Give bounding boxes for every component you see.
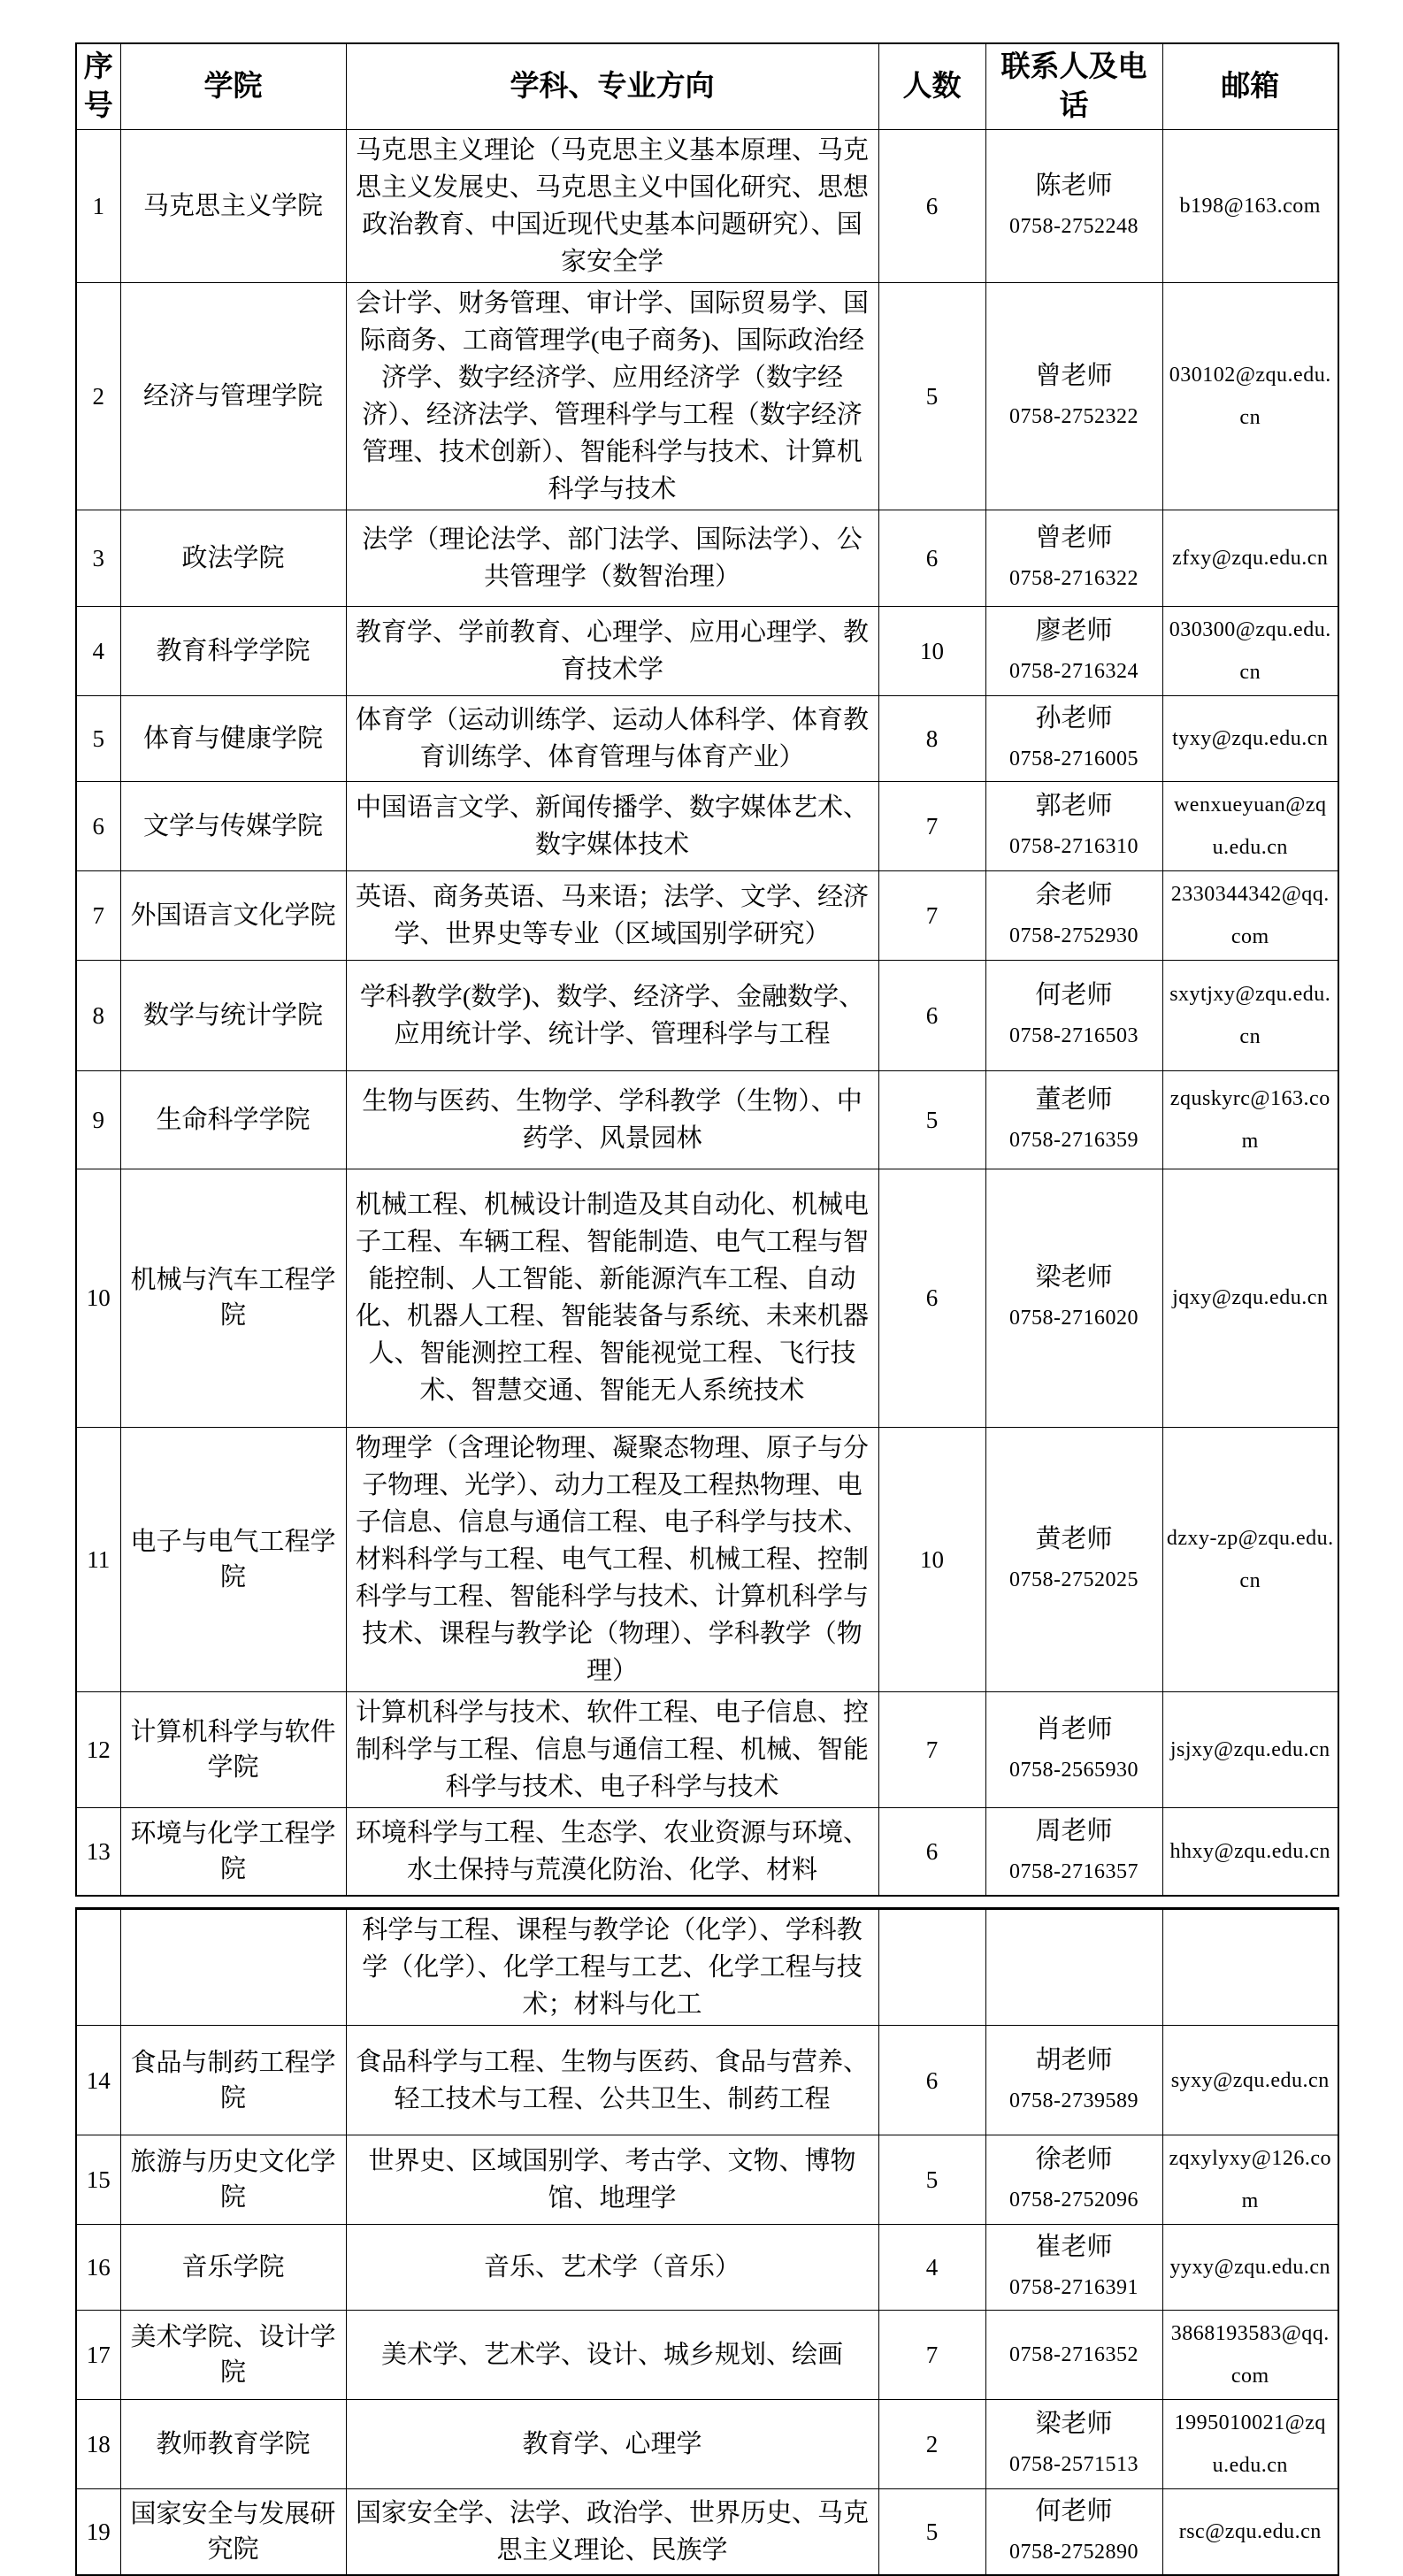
contact-name: 曾老师 bbox=[990, 517, 1159, 558]
cell-count: 6 bbox=[878, 2026, 985, 2135]
table-row: 12 计算机科学与软件学院 计算机科学与技术、软件工程、电子信息、控制科学与工程… bbox=[76, 1691, 1338, 1807]
cell-contact: 陈老师 0758-2752248 bbox=[985, 129, 1162, 282]
cell-no: 5 bbox=[76, 695, 120, 781]
cell-college: 食品与制药工程学院 bbox=[120, 2026, 346, 2135]
table-row: 6 文学与传媒学院 中国语言文学、新闻传播学、数字媒体艺术、数字媒体技术 7 郭… bbox=[76, 781, 1338, 870]
cell-email: yyxy@zqu.edu.cn bbox=[1162, 2225, 1338, 2311]
cell-no: 10 bbox=[76, 1169, 120, 1427]
table-row: 7 外国语言文化学院 英语、商务英语、马来语；法学、文学、经济学、世界史等专业（… bbox=[76, 870, 1338, 960]
table-row: 9 生命科学学院 生物与医药、生物学、学科教学（生物）、中药学、风景园林 5 董… bbox=[76, 1070, 1338, 1169]
contact-name: 黄老师 bbox=[990, 1519, 1159, 1560]
cell-count: 6 bbox=[878, 510, 985, 606]
cell-email: syxy@zqu.edu.cn bbox=[1162, 2026, 1338, 2135]
cell-email: 1995010021@zqu.edu.cn bbox=[1162, 2400, 1338, 2489]
cell-contact: 徐老师 0758-2752096 bbox=[985, 2135, 1162, 2225]
contact-phone: 0758-2716391 bbox=[990, 2267, 1159, 2308]
contact-name: 何老师 bbox=[990, 975, 1159, 1016]
cell-email: hhxy@zqu.edu.cn bbox=[1162, 1807, 1338, 1896]
cell-majors: 国家安全学、法学、政治学、世界历史、马克思主义理论、民族学 bbox=[346, 2489, 878, 2576]
cell-email: b198@163.com bbox=[1162, 129, 1338, 282]
cell-contact: 周老师 0758-2716357 bbox=[985, 1807, 1162, 1896]
contact-name: 廖老师 bbox=[990, 610, 1159, 651]
cell-count: 7 bbox=[878, 1691, 985, 1807]
cell-college: 教师教育学院 bbox=[120, 2400, 346, 2489]
cell-no bbox=[76, 1909, 120, 2026]
cell-email: rsc@zqu.edu.cn bbox=[1162, 2489, 1338, 2576]
table-row: 13 环境与化学工程学院 环境科学与工程、生态学、农业资源与环境、水土保持与荒漠… bbox=[76, 1807, 1338, 1896]
cell-college: 生命科学学院 bbox=[120, 1070, 346, 1169]
cell-email: tyxy@zqu.edu.cn bbox=[1162, 695, 1338, 781]
header-contact: 联系人及电话 bbox=[985, 43, 1162, 129]
cell-no: 6 bbox=[76, 781, 120, 870]
contact-name: 郭老师 bbox=[990, 786, 1159, 826]
cell-count: 2 bbox=[878, 2400, 985, 2489]
cell-contact: 黄老师 0758-2752025 bbox=[985, 1427, 1162, 1691]
cell-no: 4 bbox=[76, 606, 120, 695]
cell-no: 2 bbox=[76, 282, 120, 510]
contact-phone: 0758-2571513 bbox=[990, 2444, 1159, 2485]
cell-email: zqxylyxy@126.com bbox=[1162, 2135, 1338, 2225]
cell-email: wenxueyuan@zqu.edu.cn bbox=[1162, 781, 1338, 870]
cell-email: jqxy@zqu.edu.cn bbox=[1162, 1169, 1338, 1427]
contact-name: 梁老师 bbox=[990, 1257, 1159, 1298]
cell-contact: 梁老师 0758-2716020 bbox=[985, 1169, 1162, 1427]
cell-count bbox=[878, 1909, 985, 2026]
cell-majors: 食品科学与工程、生物与医药、食品与营养、轻工技术与工程、公共卫生、制药工程 bbox=[346, 2026, 878, 2135]
cell-contact bbox=[985, 1909, 1162, 2026]
contact-phone: 0758-2565930 bbox=[990, 1750, 1159, 1790]
contact-phone: 0758-2716503 bbox=[990, 1016, 1159, 1056]
cell-no: 13 bbox=[76, 1807, 120, 1896]
cell-college: 国家安全与发展研究院 bbox=[120, 2489, 346, 2576]
contact-phone: 0758-2716020 bbox=[990, 1298, 1159, 1338]
cell-count: 7 bbox=[878, 781, 985, 870]
header-majors: 学科、专业方向 bbox=[346, 43, 878, 129]
cell-contact: 余老师 0758-2752930 bbox=[985, 870, 1162, 960]
cell-college: 机械与汽车工程学院 bbox=[120, 1169, 346, 1427]
table-row: 11 电子与电气工程学院 物理学（含理论物理、凝聚态物理、原子与分子物理、光学）… bbox=[76, 1427, 1338, 1691]
cell-college bbox=[120, 1909, 346, 2026]
cell-majors: 生物与医药、生物学、学科教学（生物）、中药学、风景园林 bbox=[346, 1070, 878, 1169]
table-row: 14 食品与制药工程学院 食品科学与工程、生物与医药、食品与营养、轻工技术与工程… bbox=[76, 2026, 1338, 2135]
cell-count: 5 bbox=[878, 1070, 985, 1169]
header-email: 邮箱 bbox=[1162, 43, 1338, 129]
cell-contact: 孙老师 0758-2716005 bbox=[985, 695, 1162, 781]
cell-email: jsjxy@zqu.edu.cn bbox=[1162, 1691, 1338, 1807]
contact-phone: 0758-2716005 bbox=[990, 739, 1159, 779]
cell-no: 12 bbox=[76, 1691, 120, 1807]
cell-majors: 世界史、区域国别学、考古学、文物、博物馆、地理学 bbox=[346, 2135, 878, 2225]
contact-phone: 0758-2752930 bbox=[990, 916, 1159, 956]
contact-phone: 0758-2716324 bbox=[990, 651, 1159, 692]
cell-majors: 教育学、学前教育、心理学、应用心理学、教育技术学 bbox=[346, 606, 878, 695]
cell-contact: 梁老师 0758-2571513 bbox=[985, 2400, 1162, 2489]
cell-majors: 法学（理论法学、部门法学、国际法学）、公共管理学（数智治理） bbox=[346, 510, 878, 606]
contact-phone: 0758-2716352 bbox=[990, 2334, 1159, 2375]
contact-phone: 0758-2716357 bbox=[990, 1851, 1159, 1892]
recruitment-table-part-1: 序号 学院 学科、专业方向 人数 联系人及电话 邮箱 1 马克思主义学院 马克思… bbox=[75, 42, 1339, 1897]
contact-phone: 0758-2716310 bbox=[990, 826, 1159, 867]
contact-phone: 0758-2752096 bbox=[990, 2180, 1159, 2220]
contact-phone: 0758-2752322 bbox=[990, 396, 1159, 437]
header-row: 序号 学院 学科、专业方向 人数 联系人及电话 邮箱 bbox=[76, 43, 1338, 129]
table-row: 17 美术学院、设计学院 美术学、艺术学、设计、城乡规划、绘画 7 0758-2… bbox=[76, 2311, 1338, 2400]
cell-college: 体育与健康学院 bbox=[120, 695, 346, 781]
cell-count: 8 bbox=[878, 695, 985, 781]
cell-college: 音乐学院 bbox=[120, 2225, 346, 2311]
header-college: 学院 bbox=[120, 43, 346, 129]
cell-majors: 科学与工程、课程与教学论（化学）、学科教学（化学）、化学工程与工艺、化学工程与技… bbox=[346, 1909, 878, 2026]
table-row: 8 数学与统计学院 学科教学(数学)、数学、经济学、金融数学、应用统计学、统计学… bbox=[76, 960, 1338, 1070]
cell-no: 11 bbox=[76, 1427, 120, 1691]
contact-phone: 0758-2752025 bbox=[990, 1560, 1159, 1600]
cell-email: zfxy@zqu.edu.cn bbox=[1162, 510, 1338, 606]
cell-majors: 环境科学与工程、生态学、农业资源与环境、水土保持与荒漠化防治、化学、材料 bbox=[346, 1807, 878, 1896]
cell-no: 15 bbox=[76, 2135, 120, 2225]
table-row: 10 机械与汽车工程学院 机械工程、机械设计制造及其自动化、机械电子工程、车辆工… bbox=[76, 1169, 1338, 1427]
cell-count: 6 bbox=[878, 960, 985, 1070]
recruitment-table-part-2: 科学与工程、课程与教学论（化学）、学科教学（化学）、化学工程与工艺、化学工程与技… bbox=[75, 1907, 1339, 2576]
cell-college: 外国语言文化学院 bbox=[120, 870, 346, 960]
cell-count: 5 bbox=[878, 282, 985, 510]
cell-no: 8 bbox=[76, 960, 120, 1070]
cell-email: zquskyrc@163.com bbox=[1162, 1070, 1338, 1169]
cell-email: 030300@zqu.edu.cn bbox=[1162, 606, 1338, 695]
table-row: 19 国家安全与发展研究院 国家安全学、法学、政治学、世界历史、马克思主义理论、… bbox=[76, 2489, 1338, 2576]
document-page: 序号 学院 学科、专业方向 人数 联系人及电话 邮箱 1 马克思主义学院 马克思… bbox=[75, 42, 1338, 2576]
contact-phone: 0758-2716322 bbox=[990, 558, 1159, 599]
cell-contact: 崔老师 0758-2716391 bbox=[985, 2225, 1162, 2311]
contact-phone: 0758-2716359 bbox=[990, 1120, 1159, 1161]
table-row: 16 音乐学院 音乐、艺术学（音乐） 4 崔老师 0758-2716391 yy… bbox=[76, 2225, 1338, 2311]
cell-contact: 何老师 0758-2752890 bbox=[985, 2489, 1162, 2576]
cell-count: 7 bbox=[878, 870, 985, 960]
cell-majors: 美术学、艺术学、设计、城乡规划、绘画 bbox=[346, 2311, 878, 2400]
cell-majors: 中国语言文学、新闻传播学、数字媒体艺术、数字媒体技术 bbox=[346, 781, 878, 870]
cell-contact: 曾老师 0758-2716322 bbox=[985, 510, 1162, 606]
cell-count: 10 bbox=[878, 606, 985, 695]
contact-phone: 0758-2752248 bbox=[990, 206, 1159, 247]
contact-name: 胡老师 bbox=[990, 2040, 1159, 2081]
cell-college: 旅游与历史文化学院 bbox=[120, 2135, 346, 2225]
cell-college: 马克思主义学院 bbox=[120, 129, 346, 282]
cell-no: 18 bbox=[76, 2400, 120, 2489]
cell-contact: 胡老师 0758-2739589 bbox=[985, 2026, 1162, 2135]
cell-contact: 廖老师 0758-2716324 bbox=[985, 606, 1162, 695]
cell-no: 14 bbox=[76, 2026, 120, 2135]
cell-college: 美术学院、设计学院 bbox=[120, 2311, 346, 2400]
table-row: 2 经济与管理学院 会计学、财务管理、审计学、国际贸易学、国际商务、工商管理学(… bbox=[76, 282, 1338, 510]
cell-college: 政法学院 bbox=[120, 510, 346, 606]
table-row: 1 马克思主义学院 马克思主义理论（马克思主义基本原理、马克思主义发展史、马克思… bbox=[76, 129, 1338, 282]
contact-name: 余老师 bbox=[990, 875, 1159, 916]
header-count: 人数 bbox=[878, 43, 985, 129]
cell-no: 16 bbox=[76, 2225, 120, 2311]
cell-majors: 马克思主义理论（马克思主义基本原理、马克思主义发展史、马克思主义中国化研究、思想… bbox=[346, 129, 878, 282]
cell-email: dzxy-zp@zqu.edu.cn bbox=[1162, 1427, 1338, 1691]
table-row: 5 体育与健康学院 体育学（运动训练学、运动人体科学、体育教育训练学、体育管理与… bbox=[76, 695, 1338, 781]
contact-name: 梁老师 bbox=[990, 2403, 1159, 2444]
cell-majors: 体育学（运动训练学、运动人体科学、体育教育训练学、体育管理与体育产业） bbox=[346, 695, 878, 781]
cell-no: 1 bbox=[76, 129, 120, 282]
table-row: 18 教师教育学院 教育学、心理学 2 梁老师 0758-2571513 199… bbox=[76, 2400, 1338, 2489]
cell-count: 6 bbox=[878, 1807, 985, 1896]
cell-college: 教育科学学院 bbox=[120, 606, 346, 695]
cell-majors: 会计学、财务管理、审计学、国际贸易学、国际商务、工商管理学(电子商务)、国际政治… bbox=[346, 282, 878, 510]
cell-no: 19 bbox=[76, 2489, 120, 2576]
contact-name: 徐老师 bbox=[990, 2139, 1159, 2180]
cell-majors: 英语、商务英语、马来语；法学、文学、经济学、世界史等专业（区域国别学研究） bbox=[346, 870, 878, 960]
cell-email bbox=[1162, 1909, 1338, 2026]
cell-majors: 机械工程、机械设计制造及其自动化、机械电子工程、车辆工程、智能制造、电气工程与智… bbox=[346, 1169, 878, 1427]
table-row: 4 教育科学学院 教育学、学前教育、心理学、应用心理学、教育技术学 10 廖老师… bbox=[76, 606, 1338, 695]
cell-email: sxytjxy@zqu.edu.cn bbox=[1162, 960, 1338, 1070]
cell-contact: 曾老师 0758-2752322 bbox=[985, 282, 1162, 510]
cell-no: 7 bbox=[76, 870, 120, 960]
contact-name: 崔老师 bbox=[990, 2227, 1159, 2267]
cell-majors: 音乐、艺术学（音乐） bbox=[346, 2225, 878, 2311]
contact-name: 孙老师 bbox=[990, 698, 1159, 739]
cell-majors: 学科教学(数学)、数学、经济学、金融数学、应用统计学、统计学、管理科学与工程 bbox=[346, 960, 878, 1070]
cell-college: 计算机科学与软件学院 bbox=[120, 1691, 346, 1807]
cell-email: 3868193583@qq.com bbox=[1162, 2311, 1338, 2400]
cell-count: 5 bbox=[878, 2489, 985, 2576]
cell-majors: 物理学（含理论物理、凝聚态物理、原子与分子物理、光学）、动力工程及工程热物理、电… bbox=[346, 1427, 878, 1691]
header-no: 序号 bbox=[76, 43, 120, 129]
cell-count: 5 bbox=[878, 2135, 985, 2225]
cell-count: 7 bbox=[878, 2311, 985, 2400]
contact-name: 曾老师 bbox=[990, 356, 1159, 396]
table-row: 3 政法学院 法学（理论法学、部门法学、国际法学）、公共管理学（数智治理） 6 … bbox=[76, 510, 1338, 606]
cell-contact: 郭老师 0758-2716310 bbox=[985, 781, 1162, 870]
cell-no: 17 bbox=[76, 2311, 120, 2400]
cell-majors: 计算机科学与技术、软件工程、电子信息、控制科学与工程、信息与通信工程、机械、智能… bbox=[346, 1691, 878, 1807]
cell-count: 6 bbox=[878, 1169, 985, 1427]
cell-contact: 董老师 0758-2716359 bbox=[985, 1070, 1162, 1169]
contact-phone: 0758-2752890 bbox=[990, 2532, 1159, 2572]
contact-name: 何老师 bbox=[990, 2491, 1159, 2532]
cell-no: 9 bbox=[76, 1070, 120, 1169]
table-row: 15 旅游与历史文化学院 世界史、区域国别学、考古学、文物、博物馆、地理学 5 … bbox=[76, 2135, 1338, 2225]
cell-no: 3 bbox=[76, 510, 120, 606]
cell-college: 经济与管理学院 bbox=[120, 282, 346, 510]
table-row-continuation: 科学与工程、课程与教学论（化学）、学科教学（化学）、化学工程与工艺、化学工程与技… bbox=[76, 1909, 1338, 2026]
cell-college: 文学与传媒学院 bbox=[120, 781, 346, 870]
cell-count: 10 bbox=[878, 1427, 985, 1691]
cell-count: 6 bbox=[878, 129, 985, 282]
cell-college: 电子与电气工程学院 bbox=[120, 1427, 346, 1691]
cell-contact: 何老师 0758-2716503 bbox=[985, 960, 1162, 1070]
cell-count: 4 bbox=[878, 2225, 985, 2311]
cell-majors: 教育学、心理学 bbox=[346, 2400, 878, 2489]
contact-name: 周老师 bbox=[990, 1811, 1159, 1851]
contact-phone: 0758-2739589 bbox=[990, 2081, 1159, 2121]
cell-contact: 0758-2716352 bbox=[985, 2311, 1162, 2400]
cell-college: 数学与统计学院 bbox=[120, 960, 346, 1070]
cell-contact: 肖老师 0758-2565930 bbox=[985, 1691, 1162, 1807]
contact-name: 陈老师 bbox=[990, 165, 1159, 206]
cell-college: 环境与化学工程学院 bbox=[120, 1807, 346, 1896]
cell-email: 030102@zqu.edu.cn bbox=[1162, 282, 1338, 510]
cell-email: 2330344342@qq.com bbox=[1162, 870, 1338, 960]
contact-name: 董老师 bbox=[990, 1079, 1159, 1120]
contact-name: 肖老师 bbox=[990, 1709, 1159, 1750]
